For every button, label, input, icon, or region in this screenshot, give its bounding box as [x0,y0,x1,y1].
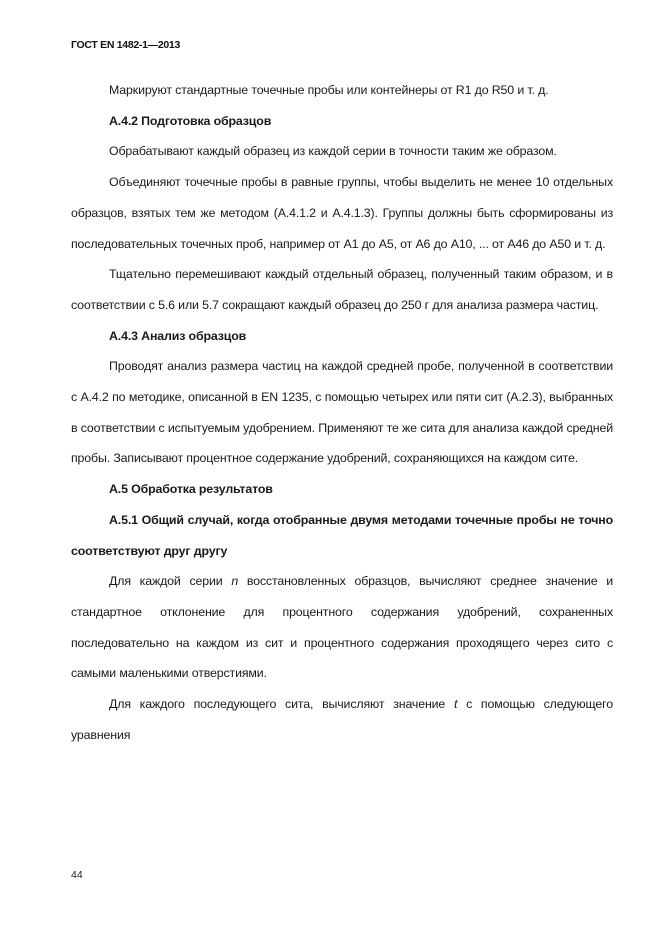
page-number: 44 [71,869,83,881]
section-heading-a43: А.4.3 Анализ образцов [71,321,613,352]
document-page: ГОСТ EN 1482-1—2013 Маркируют стандартны… [0,0,661,935]
document-header-code: ГОСТ EN 1482-1—2013 [71,39,180,51]
section-heading-a5: А.5 Обработка результатов [71,474,613,505]
paragraph-t-value: Для каждого последующего сита, вычисляют… [71,689,613,750]
paragraph-mixing: Тщательно перемешивают каждый отдельный … [71,259,613,320]
paragraph-analysis: Проводят анализ размера частиц на каждой… [71,351,613,474]
text-fragment: Для каждой серии [109,574,231,588]
section-heading-a51: А.5.1 Общий случай, когда отобранные дву… [71,505,613,566]
paragraph-grouping: Объединяют точечные пробы в равные групп… [71,167,613,259]
document-body: Маркируют стандартные точечные пробы или… [71,75,613,750]
text-fragment: Для каждого последующего сита, вычисляют… [109,697,454,711]
paragraph-mean-stddev: Для каждой серии n восстановленных образ… [71,566,613,689]
paragraph-processing: Обрабатывают каждый образец из каждой се… [71,136,613,167]
section-heading-a42: А.4.2 Подготовка образцов [71,106,613,137]
paragraph-marking: Маркируют стандартные точечные пробы или… [71,75,613,106]
text-fragment: восстановленных образцов, вычисляют сред… [71,574,613,680]
